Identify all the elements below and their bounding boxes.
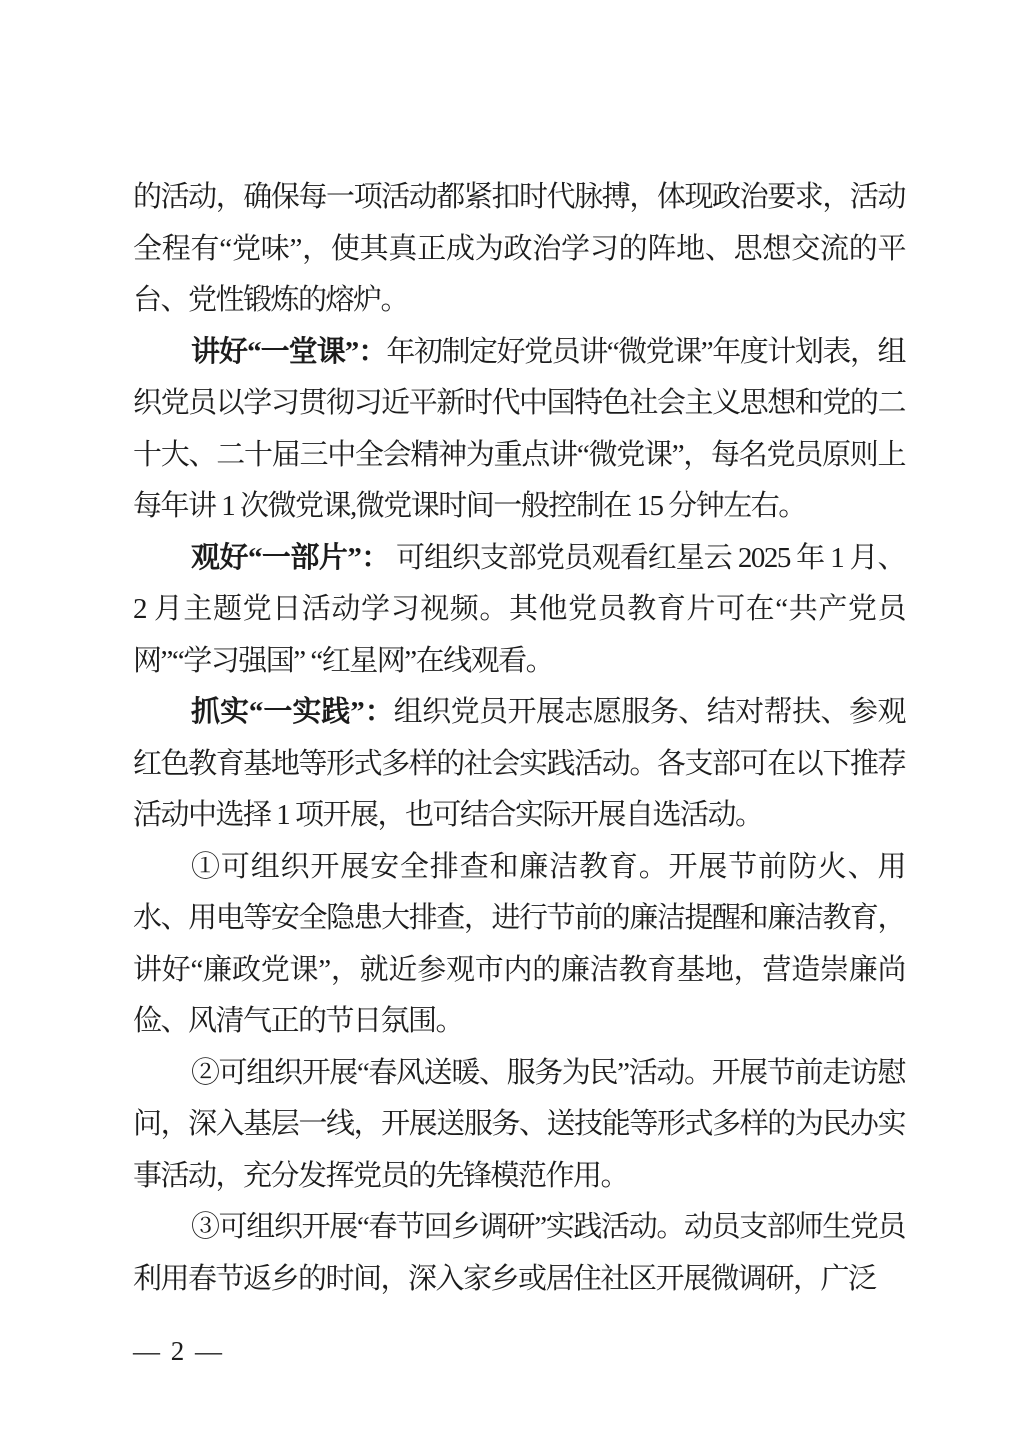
page-number: — 2 — xyxy=(133,1336,224,1367)
paragraph: 抓实“一实践”：组织党员开展志愿服务、结对帮扶、参观红色教育基地等形式多样的社会… xyxy=(133,687,905,842)
paragraph-text: ③可组织开展“春节回乡调研”实践活动。动员支部师生党员利用春节返乡的时间，深入家… xyxy=(133,1211,905,1295)
paragraph-lead: 抓实“一实践”： xyxy=(191,696,394,728)
paragraph-text: ①可组织开展安全排查和廉洁教育。开展节前防火、用水、用电等安全隐患大排查，进行节… xyxy=(133,851,905,1038)
paragraph: ②可组织开展“春风送暖、服务为民”活动。开展节前走访慰问，深入基层一线，开展送服… xyxy=(133,1048,905,1203)
paragraph: 的活动，确保每一项活动都紧扣时代脉搏，体现政治要求，活动全程有“党味”，使其真正… xyxy=(133,172,905,327)
paragraph-lead: 观好“一部片”： xyxy=(191,542,390,574)
paragraph-lead: 讲好“一堂课”： xyxy=(191,336,386,368)
paragraph-text: 的活动，确保每一项活动都紧扣时代脉搏，体现政治要求，活动全程有“党味”，使其真正… xyxy=(133,181,905,316)
paragraph-text: ②可组织开展“春风送暖、服务为民”活动。开展节前走访慰问，深入基层一线，开展送服… xyxy=(133,1057,905,1192)
paragraph: ①可组织开展安全排查和廉洁教育。开展节前防火、用水、用电等安全隐患大排查，进行节… xyxy=(133,842,905,1048)
document-page: 的活动，确保每一项活动都紧扣时代脉搏，体现政治要求，活动全程有“党味”，使其真正… xyxy=(0,0,1024,1448)
paragraph: ③可组织开展“春节回乡调研”实践活动。动员支部师生党员利用春节返乡的时间，深入家… xyxy=(133,1202,905,1305)
paragraph: 观好“一部片”： 可组织支部党员观看红星云 2025 年 1 月、2 月主题党日… xyxy=(133,533,905,688)
paragraph: 讲好“一堂课”：年初制定好党员讲“微党课”年度计划表，组织党员以学习贯彻习近平新… xyxy=(133,327,905,533)
document-body: 的活动，确保每一项活动都紧扣时代脉搏，体现政治要求，活动全程有“党味”，使其真正… xyxy=(133,172,905,1305)
